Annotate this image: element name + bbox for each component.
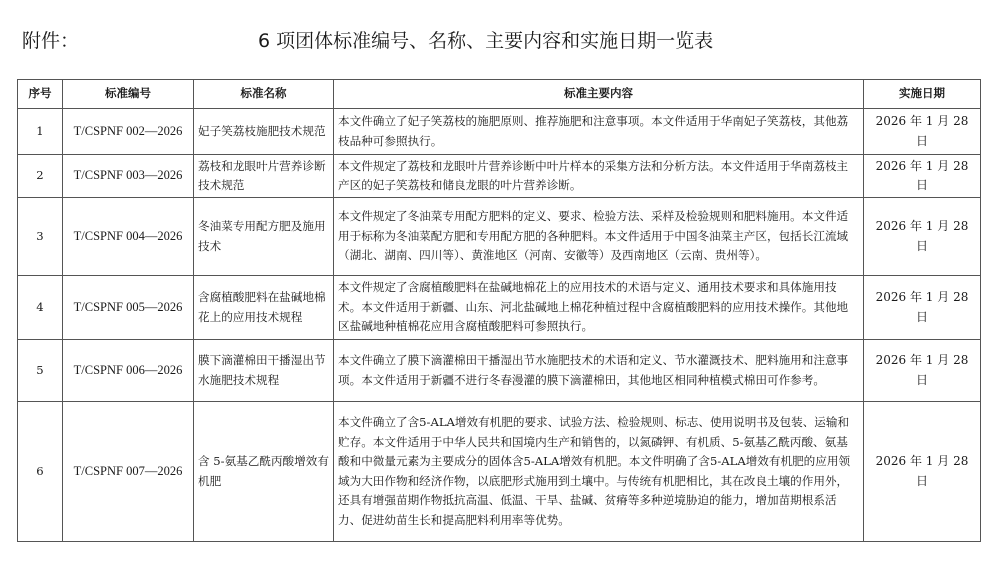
row-code: T/CSPNF 005—2026 [63, 276, 194, 340]
row-date: 2026 年 1 月 28 日 [864, 198, 981, 276]
row-code: T/CSPNF 004—2026 [63, 198, 194, 276]
header-no: 序号 [18, 80, 63, 109]
row-date: 2026 年 1 月 28 日 [864, 109, 981, 155]
row-no: 1 [18, 109, 63, 155]
table-row: 6 T/CSPNF 007—2026 含 5-氨基乙酰丙酸增效有机肥 本文件确立… [18, 402, 981, 542]
row-content: 本文件确立了含5-ALA增效有机肥的要求、试验方法、检验规则、标志、使用说明书及… [334, 402, 864, 542]
row-name: 妃子笑荔枝施肥技术规范 [194, 109, 334, 155]
row-date: 2026 年 1 月 28 日 [864, 155, 981, 198]
page-title: 6 项团体标准编号、名称、主要内容和实施日期一览表 [258, 26, 713, 53]
row-content: 本文件规定了含腐植酸肥料在盐碱地棉花上的应用技术的术语与定义、通用技术要求和具体… [334, 276, 864, 340]
header-code: 标准编号 [63, 80, 194, 109]
row-no: 3 [18, 198, 63, 276]
row-name: 冬油菜专用配方肥及施用技术 [194, 198, 334, 276]
row-date: 2026 年 1 月 28 日 [864, 276, 981, 340]
row-name: 含 5-氨基乙酰丙酸增效有机肥 [194, 402, 334, 542]
table-row: 1 T/CSPNF 002—2026 妃子笑荔枝施肥技术规范 本文件确立了妃子笑… [18, 109, 981, 155]
table-row: 5 T/CSPNF 006—2026 膜下滴灌棉田干播湿出节水施肥技术规程 本文… [18, 340, 981, 402]
standards-table: 序号 标准编号 标准名称 标准主要内容 实施日期 1 T/CSPNF 002—2… [17, 79, 981, 542]
row-code: T/CSPNF 002—2026 [63, 109, 194, 155]
row-name: 荔枝和龙眼叶片营养诊断技术规范 [194, 155, 334, 198]
table-row: 2 T/CSPNF 003—2026 荔枝和龙眼叶片营养诊断技术规范 本文件规定… [18, 155, 981, 198]
row-name: 含腐植酸肥料在盐碱地棉花上的应用技术规程 [194, 276, 334, 340]
table-header-row: 序号 标准编号 标准名称 标准主要内容 实施日期 [18, 80, 981, 109]
header-date: 实施日期 [864, 80, 981, 109]
row-no: 4 [18, 276, 63, 340]
row-no: 6 [18, 402, 63, 542]
header-content: 标准主要内容 [334, 80, 864, 109]
row-date: 2026 年 1 月 28 日 [864, 340, 981, 402]
row-no: 2 [18, 155, 63, 198]
row-content: 本文件规定了冬油菜专用配方肥料的定义、要求、检验方法、采样及检验规则和肥料施用。… [334, 198, 864, 276]
row-no: 5 [18, 340, 63, 402]
table-row: 3 T/CSPNF 004—2026 冬油菜专用配方肥及施用技术 本文件规定了冬… [18, 198, 981, 276]
attachment-label: 附件： [22, 26, 79, 53]
row-code: T/CSPNF 003—2026 [63, 155, 194, 198]
row-content: 本文件确立了妃子笑荔枝的施肥原则、推荐施肥和注意事项。本文件适用于华南妃子笑荔枝… [334, 109, 864, 155]
row-content: 本文件确立了膜下滴灌棉田干播湿出节水施肥技术的术语和定义、节水灌溉技术、肥料施用… [334, 340, 864, 402]
row-content: 本文件规定了荔枝和龙眼叶片营养诊断中叶片样本的采集方法和分析方法。本文件适用于华… [334, 155, 864, 198]
row-date: 2026 年 1 月 28 日 [864, 402, 981, 542]
row-code: T/CSPNF 007—2026 [63, 402, 194, 542]
header-name: 标准名称 [194, 80, 334, 109]
row-code: T/CSPNF 006—2026 [63, 340, 194, 402]
table-row: 4 T/CSPNF 005—2026 含腐植酸肥料在盐碱地棉花上的应用技术规程 … [18, 276, 981, 340]
row-name: 膜下滴灌棉田干播湿出节水施肥技术规程 [194, 340, 334, 402]
